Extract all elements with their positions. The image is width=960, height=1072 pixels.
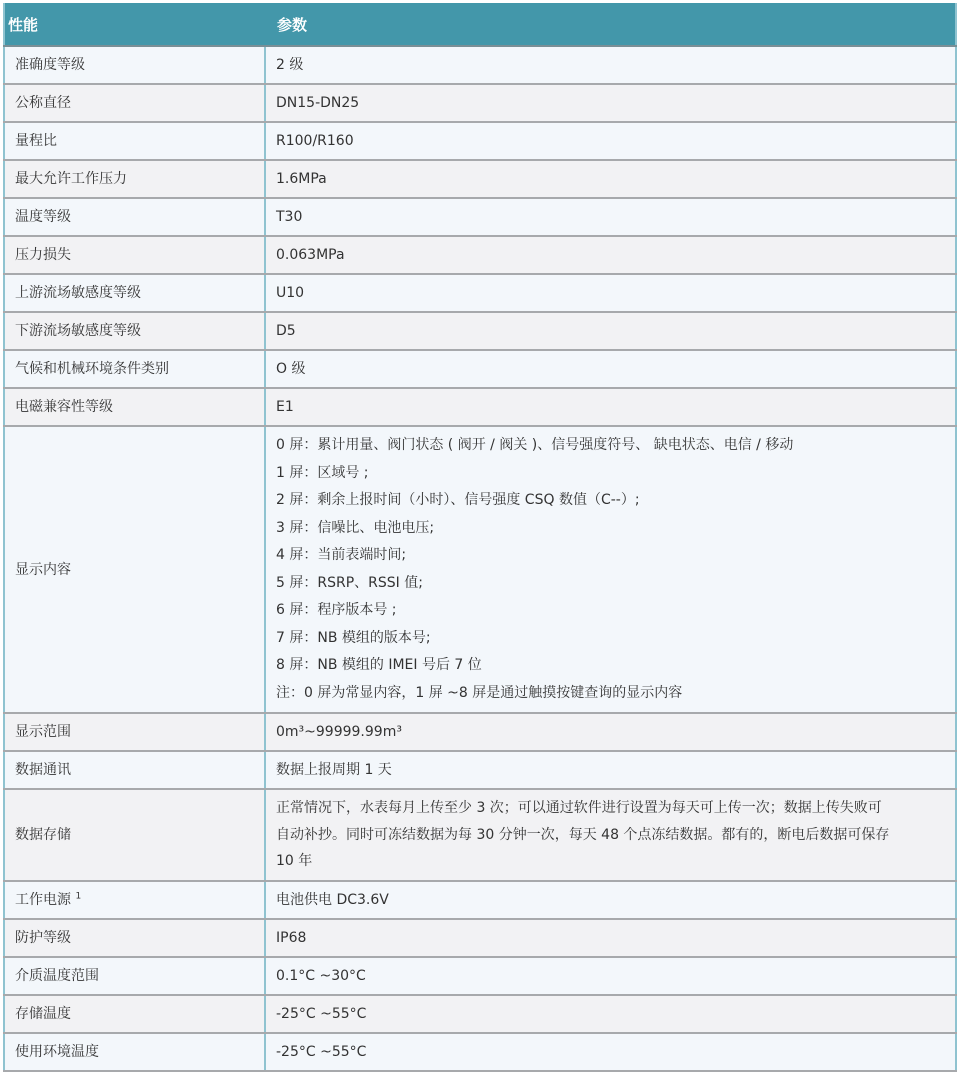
table-row: 工作电源 1 电池供电 DC3.6V (4, 881, 956, 919)
row-value: R100/R160 (265, 122, 956, 160)
table-header-row: 性能 参数 (4, 3, 956, 46)
row-label: 最大允许工作压力 (4, 160, 265, 198)
storage-line-2: 自动补抄。同时可冻结数据为每 30 分钟一次，每天 48 个点冻结数据。都有的，… (276, 822, 945, 849)
row-value: DN15-DN25 (265, 84, 956, 122)
row-label: 数据存储 (4, 789, 265, 881)
row-value: 2 级 (265, 46, 956, 84)
row-label: 压力损失 (4, 236, 265, 274)
display-screen-8: 8 屏：NB 模组的 IMEI 号后 7 位 (276, 652, 945, 680)
row-label: 温度等级 (4, 198, 265, 236)
display-screen-1: 1 屏：区域号 ; (276, 460, 945, 488)
row-label: 准确度等级 (4, 46, 265, 84)
row-label: 电磁兼容性等级 (4, 388, 265, 426)
display-note: 注：0 屏为常显内容，1 屏 ~8 屏是通过触摸按键查询的显示内容 (276, 680, 945, 708)
table-row: 介质温度范围 0.1°C ~30°C (4, 957, 956, 995)
table-row: 上游流场敏感度等级 U10 (4, 274, 956, 312)
spec-table: 性能 参数 准确度等级 2 级 公称直径 DN15-DN25 量程比 R100/… (3, 3, 957, 1056)
row-label: 使用环境温度 (4, 1033, 265, 1057)
footnote-marker: 1 (75, 891, 81, 901)
table-row: 电磁兼容性等级 E1 (4, 388, 956, 426)
display-screen-6: 6 屏：程序版本号 ; (276, 597, 945, 625)
row-label: 防护等级 (4, 919, 265, 957)
display-screen-3: 3 屏：信噪比、电池电压; (276, 515, 945, 543)
table-row: 准确度等级 2 级 (4, 46, 956, 84)
row-value: IP68 (265, 919, 956, 957)
row-value: -25°C ~55°C (265, 1033, 956, 1057)
row-label: 气候和机械环境条件类别 (4, 350, 265, 388)
table-row: 气候和机械环境条件类别 O 级 (4, 350, 956, 388)
table-row: 下游流场敏感度等级 D5 (4, 312, 956, 350)
row-label: 工作电源 1 (4, 881, 265, 919)
table-row: 温度等级 T30 (4, 198, 956, 236)
row-value: T30 (265, 198, 956, 236)
row-label: 上游流场敏感度等级 (4, 274, 265, 312)
table-row: 量程比 R100/R160 (4, 122, 956, 160)
display-screen-2: 2 屏：剩余上报时间（小时）、信号强度 CSQ 数值（C--）; (276, 487, 945, 515)
table-row: 使用环境温度 -25°C ~55°C (4, 1033, 956, 1057)
table-row-display-content: 显示内容 0 屏：累计用量、阀门状态 ( 阀开 / 阀关 )、信号强度符号、 缺… (4, 426, 956, 713)
table-row: 防护等级 IP68 (4, 919, 956, 957)
row-label-text: 工作电源 (15, 892, 71, 908)
row-label: 存储温度 (4, 995, 265, 1033)
row-value: 0.1°C ~30°C (265, 957, 956, 995)
row-label: 显示范围 (4, 713, 265, 751)
row-value: 电池供电 DC3.6V (265, 881, 956, 919)
table-row: 压力损失 0.063MPa (4, 236, 956, 274)
row-value: 数据上报周期 1 天 (265, 751, 956, 789)
row-label: 介质温度范围 (4, 957, 265, 995)
display-screen-5: 5 屏：RSRP、RSSI 值; (276, 570, 945, 598)
display-screen-4: 4 屏：当前表端时间; (276, 542, 945, 570)
table-row: 存储温度 -25°C ~55°C (4, 995, 956, 1033)
table-row: 数据通讯 数据上报周期 1 天 (4, 751, 956, 789)
row-value: O 级 (265, 350, 956, 388)
row-label: 量程比 (4, 122, 265, 160)
display-screen-0: 0 屏：累计用量、阀门状态 ( 阀开 / 阀关 )、信号强度符号、 缺电状态、电… (276, 432, 945, 460)
row-label: 下游流场敏感度等级 (4, 312, 265, 350)
table-row: 最大允许工作压力 1.6MPa (4, 160, 956, 198)
table-row: 公称直径 DN15-DN25 (4, 84, 956, 122)
row-value: -25°C ~55°C (265, 995, 956, 1033)
table-row-data-storage: 数据存储 正常情况下，水表每月上传至少 3 次；可以通过软件进行设置为每天可上传… (4, 789, 956, 881)
display-screen-7: 7 屏：NB 模组的版本号; (276, 625, 945, 653)
storage-line-3: 10 年 (276, 848, 945, 875)
row-value: U10 (265, 274, 956, 312)
storage-line-1: 正常情况下，水表每月上传至少 3 次；可以通过软件进行设置为每天可上传一次；数据… (276, 795, 945, 822)
table-row: 显示范围 0m³~99999.99m³ (4, 713, 956, 751)
row-value: 0m³~99999.99m³ (265, 713, 956, 751)
row-label: 数据通讯 (4, 751, 265, 789)
row-label: 公称直径 (4, 84, 265, 122)
row-value-multiline: 0 屏：累计用量、阀门状态 ( 阀开 / 阀关 )、信号强度符号、 缺电状态、电… (265, 426, 956, 713)
row-value: 0.063MPa (265, 236, 956, 274)
row-value: 1.6MPa (265, 160, 956, 198)
header-parameter: 参数 (265, 3, 956, 46)
row-value: E1 (265, 388, 956, 426)
row-value-multiline: 正常情况下，水表每月上传至少 3 次；可以通过软件进行设置为每天可上传一次；数据… (265, 789, 956, 881)
header-performance: 性能 (4, 3, 265, 46)
row-label: 显示内容 (4, 426, 265, 713)
row-value: D5 (265, 312, 956, 350)
